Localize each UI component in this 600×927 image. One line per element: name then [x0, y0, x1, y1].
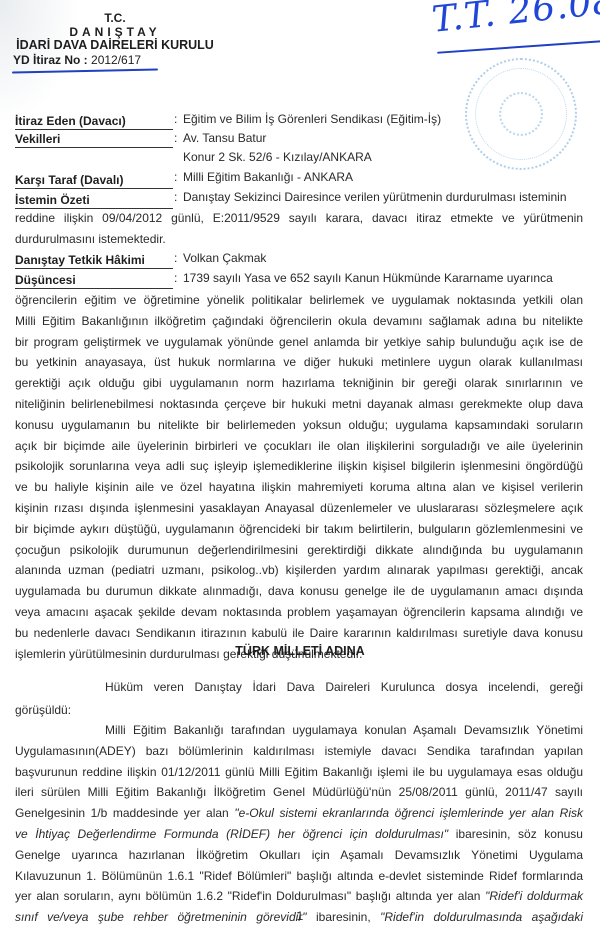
handwritten-underline-left [12, 68, 158, 73]
header-tc: T.C. [10, 11, 220, 25]
label-underline [15, 188, 173, 189]
label-underline [15, 268, 173, 269]
ruling-line: Genelgesinin 1/b maddesinde yer alan "e-… [15, 803, 583, 824]
opinion-line: öğrencilerin eğitim ve öğretimine yöneli… [15, 290, 583, 311]
case-number-label: YD İtiraz No : [13, 53, 88, 67]
case-number: YD İtiraz No : 2012/617 [13, 53, 141, 67]
handwritten-underline-right [437, 40, 600, 54]
opinion-line: psikolojik sorunlarına veya adli suç işl… [15, 456, 583, 477]
value-opinion-start: 1739 sayılı Yasa ve 652 sayılı Kanun Hük… [183, 271, 553, 285]
ruling-line: ileri sürülen Milli Eğitim Bakanlığı İlk… [15, 782, 583, 803]
value-attorney: Av. Tansu Batur [183, 131, 266, 145]
opinion-line: Milli Eğitim Bakanlığının ilköğretim çağ… [15, 311, 583, 332]
opinion-line: gerektiği açık olduğu gibi uygulamanın n… [15, 373, 583, 394]
opinion-line: bu yetkinin anayasaya, üst hukuk normlar… [15, 352, 583, 373]
opinion-line: ve bu haliyle kişinin aile ve özel hayat… [15, 477, 583, 498]
opinion-line: bir program geliştirmek ve uygulamak yön… [15, 332, 583, 353]
case-number-value: 2012/617 [91, 53, 141, 67]
opinion-line: veya amacını aşacak şekilde devam noktas… [15, 602, 583, 623]
ruling-line: Genelge uyarınca hazırlanan İlköğretim O… [15, 845, 583, 866]
value-appellant: Eğitim ve Bilim İş Görenleri Sendikası (… [183, 112, 441, 126]
opinion-line: açık bir biçimde aile üyelerinin birbirl… [15, 436, 583, 457]
label-opinion: Düşüncesi [15, 273, 76, 287]
document-page: T.C. DANIŞTAY İDARİ DAVA DAİRELERİ KURUL… [0, 0, 600, 927]
label-underline [15, 147, 173, 148]
ruling-line: Kılavuzunun 1. Bölümünün 1.6.1 "Ridef Bö… [15, 866, 583, 887]
opinion-line: alanında uzman (pediatri uzmanı, psikolo… [15, 560, 583, 581]
label-rapporteur-judge: Danıştay Tetkik Hâkimi [15, 253, 145, 267]
ruling-line: başvurunun reddine ilişkin 01/12/2011 gü… [15, 762, 583, 783]
ruling-line: Milli Eğitim Bakanlığı tarafından uygula… [15, 720, 583, 741]
ruling-line: ve İhtiyaç Değerlendirme Formunda (RİDEF… [15, 824, 583, 845]
header-institution: DANIŞTAY [10, 25, 220, 39]
ruling-intro-line: Hüküm veren Danıştay İdari Dava Daireler… [15, 677, 583, 698]
label-underline [15, 129, 173, 130]
label-appellant: İtiraz Eden (Davacı) [15, 114, 126, 128]
ruling-paragraph: Milli Eğitim Bakanlığı tarafından uygula… [15, 720, 583, 927]
label-respondent: Karşı Taraf (Davalı) [15, 173, 124, 187]
seal-stamp-icon [465, 58, 577, 170]
label-request-summary: İstemin Özeti [15, 193, 90, 207]
opinion-line: kişinin rızası dışında işlenmesini yasak… [15, 498, 583, 519]
ruling-intro: Hüküm veren Danıştay İdari Dava Daireler… [15, 677, 583, 698]
summary-line: durdurulmasını istemektedir. [15, 229, 583, 250]
handwritten-note: T.T. 26.08.20 [430, 0, 600, 41]
label-underline [15, 288, 173, 289]
section-title: TÜRK MİLLETİ ADINA [0, 644, 600, 658]
ruling-line: yer alan soruların, aynı bölümün 1.6.2 "… [15, 886, 583, 907]
opinion-line: bu nedenlerle davacı Sendikanın itirazın… [15, 623, 583, 644]
summary-line: reddine ilişkin 09/04/2012 günlü, E:2011… [15, 208, 583, 229]
value-respondent: Milli Eğitim Bakanlığı - ANKARA [183, 170, 353, 184]
header-board: İDARİ DAVA DAİRELERİ KURULU [10, 38, 220, 52]
opinion-line: bir biçimde aykırı düştüğü, uygulamanın … [15, 519, 583, 540]
opinion-line: niteliğinin belirlenebilmesi noktasında … [15, 394, 583, 415]
page-number: 1 [0, 909, 600, 923]
opinion-line: uygulamada bu durumun dikkate alınmadığı… [15, 581, 583, 602]
ruling-intro-line2: görüşüldü: [15, 703, 71, 717]
value-request-summary: Danıştay Sekizinci Dairesince verilen yü… [183, 190, 583, 204]
opinion-line: konusu uygulamanın bu nitelikte bir beli… [15, 415, 583, 436]
opinion-paragraph: öğrencilerin eğitim ve öğretimine yöneli… [15, 290, 583, 664]
opinion-line: çocuğun psikolojik durumunun değerlendir… [15, 540, 583, 561]
label-attorneys: Vekilleri [15, 132, 60, 146]
value-attorney-address: Konur 2 Sk. 52/6 - Kızılay/ANKARA [183, 150, 372, 164]
ruling-line: Uygulamasının(ADEY) bazı bölümlerinin ka… [15, 741, 583, 762]
summary-paragraph: reddine ilişkin 09/04/2012 günlü, E:2011… [15, 208, 583, 250]
value-rapporteur-judge: Volkan Çakmak [183, 251, 266, 265]
